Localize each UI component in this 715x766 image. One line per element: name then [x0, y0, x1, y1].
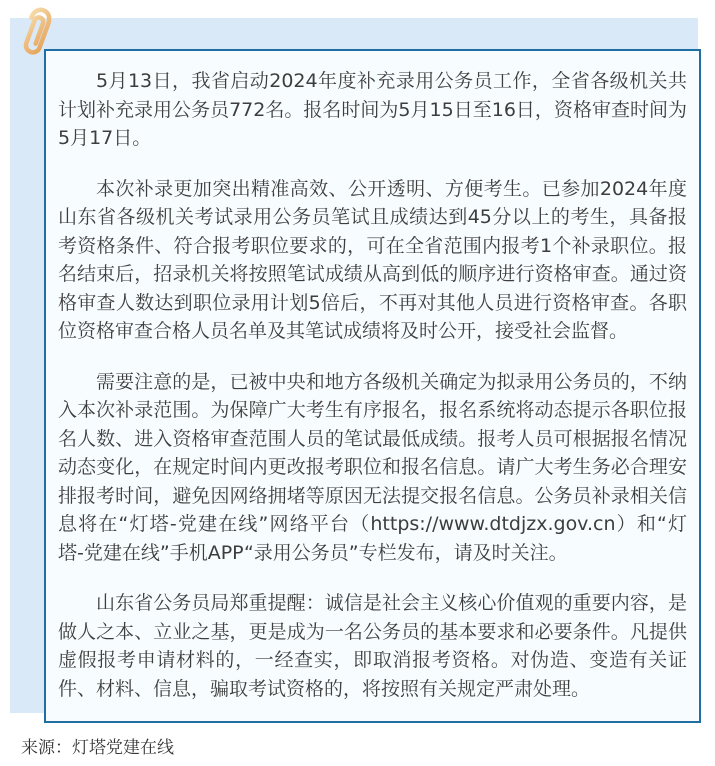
- article-box: 5月13日，我省启动2024年度补充录用公务员工作，全省各级机关共计划补充录用公…: [44, 49, 701, 723]
- paragraph-warning: 山东省公务员局郑重提醒：诚信是社会主义核心价值观的重要内容，是做人之本、立业之基…: [58, 589, 687, 703]
- article-page: 5月13日，我省启动2024年度补充录用公务员工作，全省各级机关共计划补充录用公…: [0, 0, 715, 766]
- paragraph-announcement: 5月13日，我省启动2024年度补充录用公务员工作，全省各级机关共计划补充录用公…: [58, 67, 687, 153]
- paragraph-procedure: 本次补录更加突出精准高效、公开透明、方便考生。已参加2024年度山东省各级机关考…: [58, 175, 687, 346]
- paperclip-icon: [16, 4, 60, 64]
- paragraph-notes: 需要注意的是，已被中央和地方各级机关确定为拟录用公务员的，不纳入本次补录范围。为…: [58, 368, 687, 568]
- source-line: 来源：灯塔党建在线: [21, 737, 174, 759]
- content-panel: 5月13日，我省启动2024年度补充录用公务员工作，全省各级机关共计划补充录用公…: [10, 18, 698, 713]
